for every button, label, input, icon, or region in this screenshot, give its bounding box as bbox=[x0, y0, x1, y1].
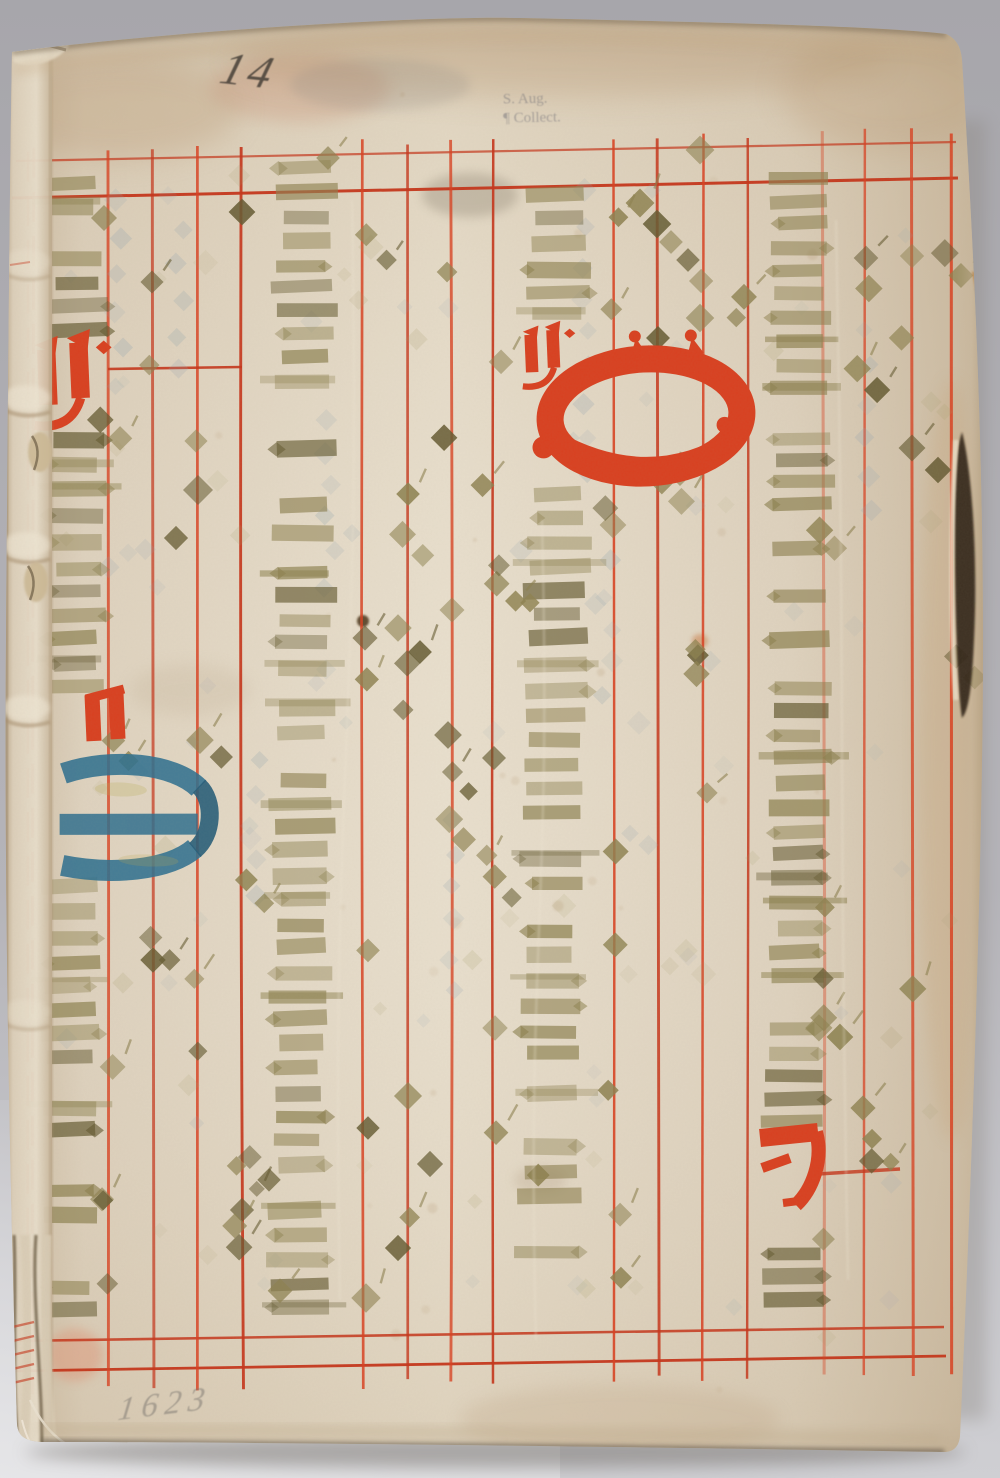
photo-of-manuscript-bound-book: S. Aug. ¶ Collect. 14 1623 bbox=[0, 0, 1000, 1478]
book-photo-svg bbox=[0, 0, 1000, 1478]
